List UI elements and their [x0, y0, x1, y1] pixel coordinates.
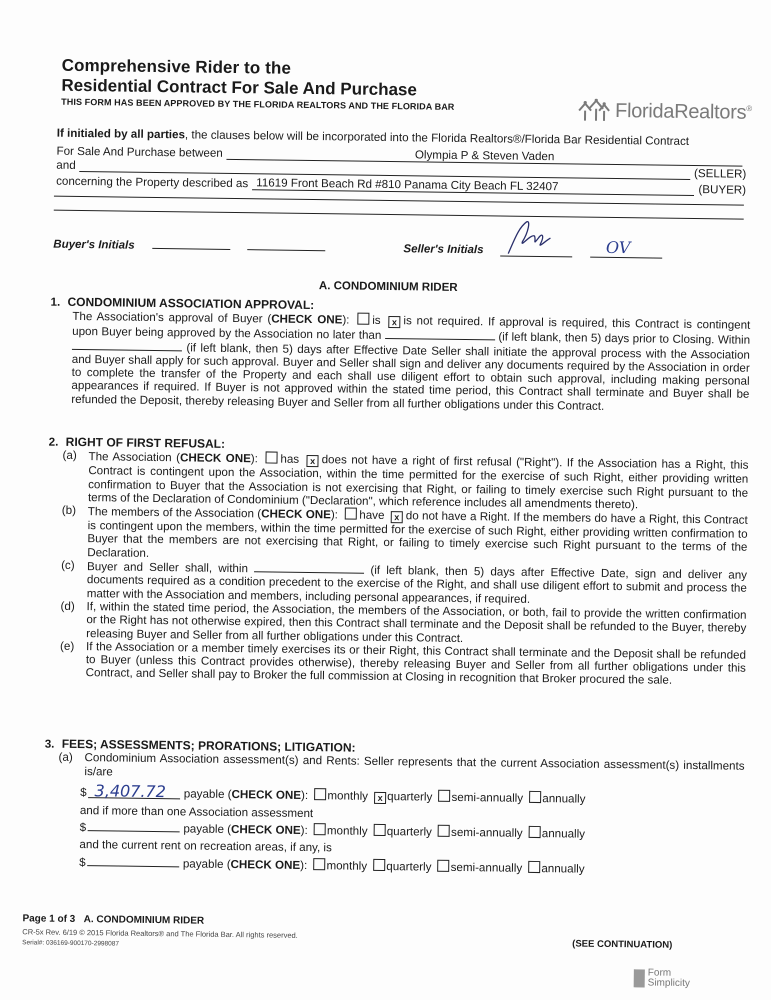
monthly-checkbox[interactable]: [314, 823, 326, 835]
members-have-right-checkbox[interactable]: [344, 508, 356, 520]
footer-page: Page 1 of 3 A. CONDOMINIUM RIDER: [22, 913, 204, 926]
property-field[interactable]: 11619 Front Beach Rd #810 Panama City Be…: [252, 176, 694, 196]
seller-initial-2[interactable]: OV: [590, 235, 662, 259]
form-simplicity-logo: FormSimplicity: [634, 968, 690, 989]
right-days-field[interactable]: [254, 561, 364, 573]
annually-checkbox[interactable]: [529, 791, 541, 803]
approval-not-required-checkbox[interactable]: x: [388, 316, 400, 328]
annually-checkbox[interactable]: [529, 826, 541, 838]
quarterly-checkbox[interactable]: [373, 859, 385, 871]
fee-amount-field[interactable]: [88, 817, 180, 832]
fee-rows: $3,407.72 payable (CHECK ONE): monthly x…: [43, 783, 744, 877]
annually-checkbox[interactable]: [528, 861, 540, 873]
seller-initial-1[interactable]: [501, 233, 573, 257]
divider: [54, 196, 744, 206]
clause-2e: (e) If the Association or a member timel…: [60, 640, 746, 689]
florida-realtors-logo: FloridaRealtors®: [577, 98, 752, 124]
members-no-right-checkbox[interactable]: x: [391, 511, 403, 523]
buyer-initials-label: Buyer's Initials: [53, 239, 135, 252]
association-has-right-checkbox[interactable]: [265, 452, 277, 464]
seller-initials-label: Seller's Initials: [403, 243, 483, 256]
quarterly-checkbox[interactable]: x: [374, 792, 386, 804]
approval-days-field[interactable]: [72, 338, 182, 350]
approval-is-checkbox[interactable]: [357, 313, 369, 325]
fee-amount-field[interactable]: 3,407.72: [89, 784, 181, 799]
monthly-checkbox[interactable]: [314, 788, 326, 800]
fee-amount-field[interactable]: [88, 852, 180, 867]
clause-2b: (b) The members of the Association (CHEC…: [61, 504, 748, 568]
quarterly-checkbox[interactable]: [374, 824, 386, 836]
seller-suffix: (SELLER): [694, 167, 746, 181]
divider: [54, 210, 744, 220]
association-no-right-checkbox[interactable]: x: [307, 455, 319, 467]
footer-revision: CR-5x Rev. 6/19 © 2015 Florida Realtors®…: [22, 927, 298, 940]
buyer-initial-1[interactable]: [152, 238, 230, 250]
semi-annually-checkbox[interactable]: [438, 860, 450, 872]
buyer-suffix: (BUYER): [698, 183, 746, 197]
monthly-checkbox[interactable]: [313, 858, 325, 870]
footer-serial: Serial#: 036169-900170-2998087: [22, 939, 119, 947]
semi-annually-checkbox[interactable]: [438, 825, 450, 837]
houses-icon: [577, 98, 611, 122]
see-continuation: (SEE CONTINUATION): [572, 938, 672, 950]
section-3: 3. FEES; ASSESSMENTS; PRORATIONS; LITIGA…: [43, 738, 745, 878]
section-2: 2. RIGHT OF FIRST REFUSAL: (a) The Assoc…: [46, 436, 749, 689]
signature-scribble-icon: [501, 217, 562, 258]
initials-row: Buyer's Initials Seller's Initials OV: [53, 228, 743, 260]
clause-2a: (a) The Association (CHECK ONE): has xdo…: [62, 449, 749, 513]
approval-deadline-field[interactable]: [385, 328, 495, 340]
semi-annually-checkbox[interactable]: [438, 790, 450, 802]
buyer-initial-2[interactable]: [247, 239, 325, 251]
document-icon: [634, 969, 645, 987]
document-page: Comprehensive Rider to the Residential C…: [0, 0, 771, 1000]
section-1: 1. CONDOMINIUM ASSOCIATION APPROVAL: The…: [49, 296, 750, 415]
